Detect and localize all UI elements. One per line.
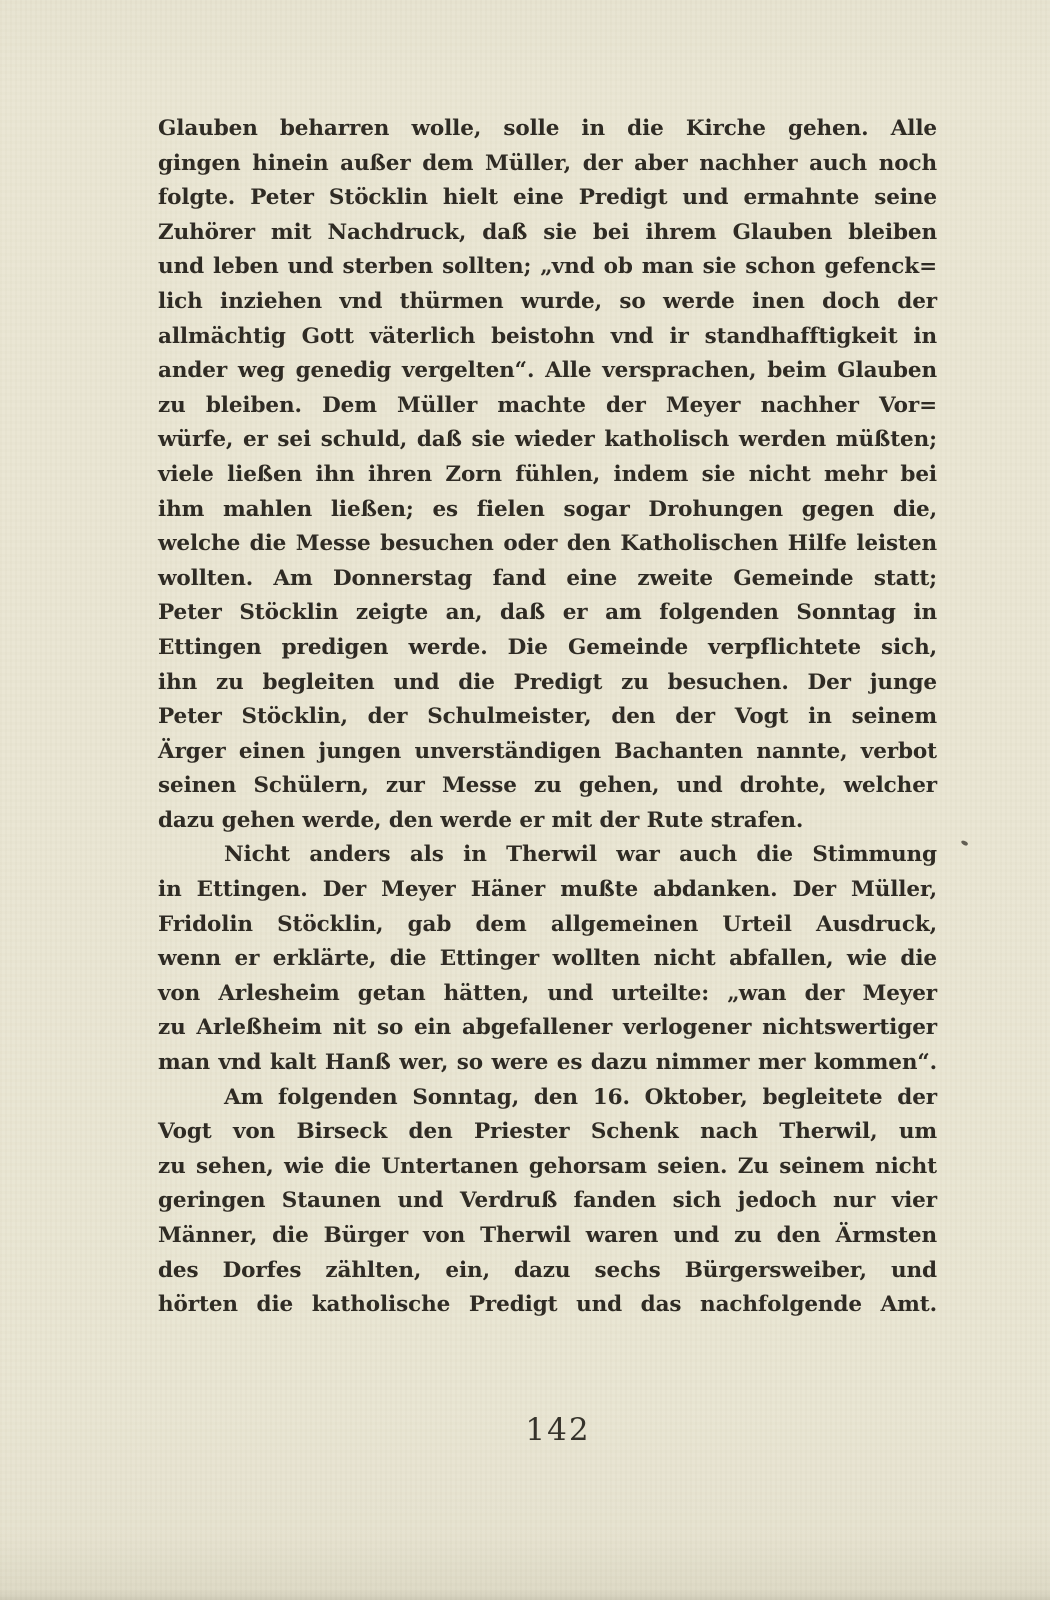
text-line: Nicht anders als in Therwil war auch die… — [158, 838, 937, 873]
text-line: seinen Schülern, zur Messe zu gehen, und… — [158, 769, 937, 804]
text-line: Vogt von Birseck den Priester Schenk nac… — [158, 1115, 937, 1150]
text-line: dazu gehen werde, den werde er mit der R… — [158, 804, 937, 839]
text-line: Zuhörer mit Nachdruck, daß sie bei ihrem… — [158, 216, 937, 251]
text-line: viele ließen ihn ihren Zorn fühlen, inde… — [158, 458, 937, 493]
text-line: ihn zu begleiten und die Predigt zu besu… — [158, 666, 937, 701]
ink-speck — [960, 839, 968, 846]
text-line: geringen Staunen und Verdruß fanden sich… — [158, 1184, 937, 1219]
text-line: zu bleiben. Dem Müller machte der Meyer … — [158, 389, 937, 424]
text-line: wollten. Am Donnerstag fand eine zweite … — [158, 562, 937, 597]
text-line: hörten die katholische Predigt und das n… — [158, 1288, 937, 1323]
page-number: 142 — [158, 1412, 958, 1448]
text-line: allmächtig Gott väterlich beistohn vnd i… — [158, 320, 937, 355]
text-line: Am folgenden Sonntag, den 16. Oktober, b… — [158, 1081, 937, 1116]
text-line: lich inziehen vnd thürmen wurde, so werd… — [158, 285, 937, 320]
text-line: man vnd kalt Hanß wer, so were es dazu n… — [158, 1046, 937, 1081]
text-line: des Dorfes zählten, ein, dazu sechs Bürg… — [158, 1254, 937, 1289]
text-line: Männer, die Bürger von Therwil waren und… — [158, 1219, 937, 1254]
text-line: Ärger einen jungen unverständigen Bachan… — [158, 735, 937, 770]
text-line: ander weg genedig vergelten“. Alle versp… — [158, 354, 937, 389]
text-line: welche die Messe besuchen oder den Katho… — [158, 527, 937, 562]
text-line: Glauben beharren wolle, solle in die Kir… — [158, 112, 937, 147]
text-line: von Arlesheim getan hätten, und urteilte… — [158, 977, 937, 1012]
text-line: Peter Stöcklin, der Schulmeister, den de… — [158, 700, 937, 735]
text-line: gingen hinein außer dem Müller, der aber… — [158, 147, 937, 182]
text-line: zu Arleßheim nit so ein abgefallener ver… — [158, 1011, 937, 1046]
text-line: würfe, er sei schuld, daß sie wieder kat… — [158, 423, 937, 458]
page-text: Glauben beharren wolle, solle in die Kir… — [158, 112, 937, 1323]
text-line: zu sehen, wie die Untertanen gehorsam se… — [158, 1150, 937, 1185]
book-page-scan: Glauben beharren wolle, solle in die Kir… — [0, 0, 1050, 1600]
text-line: und leben und sterben sollten; „vnd ob m… — [158, 250, 937, 285]
text-line: in Ettingen. Der Meyer Häner mußte abdan… — [158, 873, 937, 908]
text-line: wenn er erklärte, die Ettinger wollten n… — [158, 942, 937, 977]
text-line: Fridolin Stöcklin, gab dem allgemeinen U… — [158, 908, 937, 943]
text-line: ihm mahlen ließen; es fielen sogar Drohu… — [158, 493, 937, 528]
text-line: folgte. Peter Stöcklin hielt eine Predig… — [158, 181, 937, 216]
text-line: Ettingen predigen werde. Die Gemeinde ve… — [158, 631, 937, 666]
text-line: Peter Stöcklin zeigte an, daß er am folg… — [158, 596, 937, 631]
